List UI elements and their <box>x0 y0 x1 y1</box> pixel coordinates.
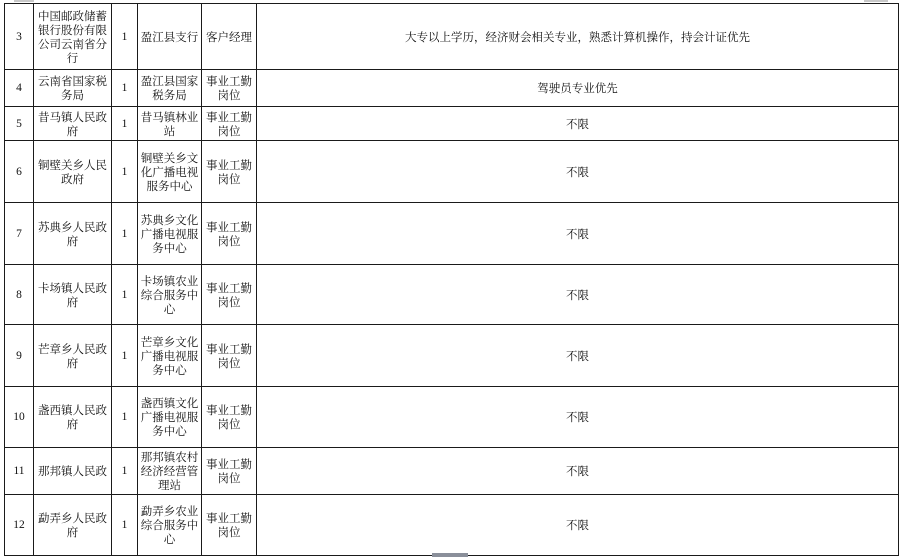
count-cell: 1 <box>112 107 138 141</box>
employer-cell: 卡场镇人民政府 <box>34 265 112 325</box>
position-cell: 事业工勤岗位 <box>202 495 257 556</box>
table-row: 9 芒章乡人民政府 1 芒章乡文化广播电视服务中心 事业工勤岗位 不限 <box>5 325 899 387</box>
count-cell: 1 <box>112 265 138 325</box>
position-cell: 客户经理 <box>202 4 257 70</box>
count-cell: 1 <box>112 141 138 203</box>
page-edge-mark <box>864 0 888 2</box>
row-number: 9 <box>5 325 34 387</box>
position-cell: 事业工勤岗位 <box>202 107 257 141</box>
employer-cell: 盏西镇人民政府 <box>34 387 112 448</box>
row-number: 10 <box>5 387 34 448</box>
requirement-cell: 不限 <box>257 107 899 141</box>
employer-cell: 云南省国家税务局 <box>34 70 112 107</box>
employer-cell: 勐弄乡人民政府 <box>34 495 112 556</box>
table-row: 4 云南省国家税务局 1 盈江县国家税务局 事业工勤岗位 驾驶员专业优先 <box>5 70 899 107</box>
row-number: 11 <box>5 448 34 495</box>
requirement-cell: 驾驶员专业优先 <box>257 70 899 107</box>
count-cell: 1 <box>112 203 138 265</box>
count-cell: 1 <box>112 4 138 70</box>
requirement-cell: 不限 <box>257 387 899 448</box>
employer-cell: 铜壁关乡人民政府 <box>34 141 112 203</box>
requirement-cell: 不限 <box>257 325 899 387</box>
row-number: 12 <box>5 495 34 556</box>
workplace-cell: 芒章乡文化广播电视服务中心 <box>138 325 202 387</box>
position-cell: 事业工勤岗位 <box>202 203 257 265</box>
employer-cell: 苏典乡人民政府 <box>34 203 112 265</box>
position-cell: 事业工勤岗位 <box>202 265 257 325</box>
workplace-cell: 苏典乡文化广播电视服务中心 <box>138 203 202 265</box>
position-cell: 事业工勤岗位 <box>202 387 257 448</box>
count-cell: 1 <box>112 70 138 107</box>
table-row: 12 勐弄乡人民政府 1 勐弄乡农业综合服务中心 事业工勤岗位 不限 <box>5 495 899 556</box>
table-row: 8 卡场镇人民政府 1 卡场镇农业综合服务中心 事业工勤岗位 不限 <box>5 265 899 325</box>
position-cell: 事业工勤岗位 <box>202 70 257 107</box>
page-scroll-marker <box>432 553 468 557</box>
requirement-cell: 不限 <box>257 448 899 495</box>
count-cell: 1 <box>112 387 138 448</box>
workplace-cell: 昔马镇林业站 <box>138 107 202 141</box>
count-cell: 1 <box>112 325 138 387</box>
workplace-cell: 盈江县国家税务局 <box>138 70 202 107</box>
page-edge-mark <box>14 0 34 2</box>
requirement-cell: 不限 <box>257 203 899 265</box>
table-row: 6 铜壁关乡人民政府 1 铜壁关乡文化广播电视服务中心 事业工勤岗位 不限 <box>5 141 899 203</box>
requirement-cell: 不限 <box>257 141 899 203</box>
workplace-cell: 铜壁关乡文化广播电视服务中心 <box>138 141 202 203</box>
workplace-cell: 盏西镇文化广播电视服务中心 <box>138 387 202 448</box>
recruitment-table: 3 中国邮政储蓄银行股份有限公司云南省分行 1 盈江县支行 客户经理 大专以上学… <box>4 3 899 556</box>
row-number: 5 <box>5 107 34 141</box>
position-cell: 事业工勤岗位 <box>202 141 257 203</box>
table-row: 5 昔马镇人民政府 1 昔马镇林业站 事业工勤岗位 不限 <box>5 107 899 141</box>
row-number: 7 <box>5 203 34 265</box>
requirement-cell: 不限 <box>257 265 899 325</box>
row-number: 8 <box>5 265 34 325</box>
employer-cell: 那邦镇人民政 <box>34 448 112 495</box>
workplace-cell: 勐弄乡农业综合服务中心 <box>138 495 202 556</box>
employer-cell: 昔马镇人民政府 <box>34 107 112 141</box>
row-number: 4 <box>5 70 34 107</box>
requirement-cell: 大专以上学历，经济财会相关专业，熟悉计算机操作，持会计证优先 <box>257 4 899 70</box>
table-row: 10 盏西镇人民政府 1 盏西镇文化广播电视服务中心 事业工勤岗位 不限 <box>5 387 899 448</box>
count-cell: 1 <box>112 448 138 495</box>
table-row: 3 中国邮政储蓄银行股份有限公司云南省分行 1 盈江县支行 客户经理 大专以上学… <box>5 4 899 70</box>
employer-cell: 芒章乡人民政府 <box>34 325 112 387</box>
position-cell: 事业工勤岗位 <box>202 325 257 387</box>
workplace-cell: 盈江县支行 <box>138 4 202 70</box>
workplace-cell: 那邦镇农村经济经营管理站 <box>138 448 202 495</box>
table-row: 7 苏典乡人民政府 1 苏典乡文化广播电视服务中心 事业工勤岗位 不限 <box>5 203 899 265</box>
workplace-cell: 卡场镇农业综合服务中心 <box>138 265 202 325</box>
requirement-cell: 不限 <box>257 495 899 556</box>
count-cell: 1 <box>112 495 138 556</box>
employer-cell: 中国邮政储蓄银行股份有限公司云南省分行 <box>34 4 112 70</box>
table-row: 11 那邦镇人民政 1 那邦镇农村经济经营管理站 事业工勤岗位 不限 <box>5 448 899 495</box>
position-cell: 事业工勤岗位 <box>202 448 257 495</box>
row-number: 3 <box>5 4 34 70</box>
row-number: 6 <box>5 141 34 203</box>
